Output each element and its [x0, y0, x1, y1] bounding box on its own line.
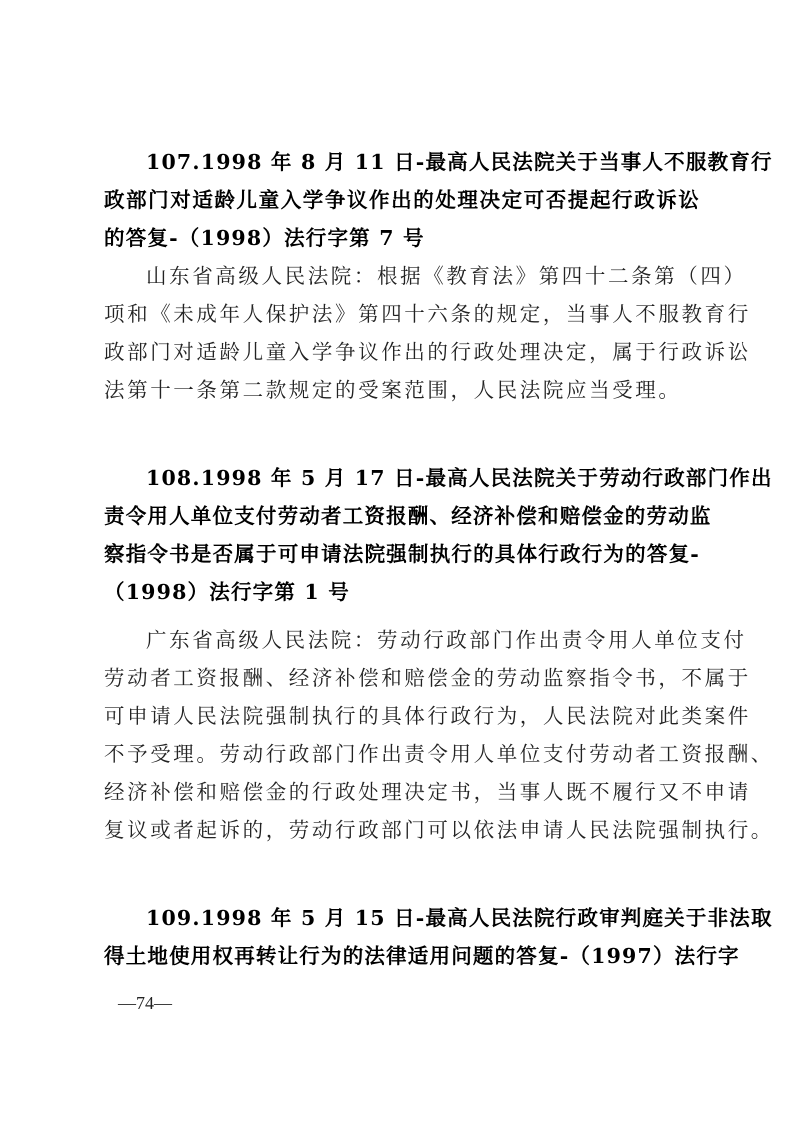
body-paragraph-line: 广东省高级人民法院：劳动行政部门作出责令用人单位支付: [146, 620, 700, 660]
section-title-line: 政部门对适龄儿童入学争议作出的处理决定可否提起行政诉讼: [104, 180, 700, 220]
section-title-line: 109.1998 年 5 月 15 日-最高人民法院行政审判庭关于非法取: [146, 898, 700, 938]
body-paragraph-line: 政部门对适龄儿童入学争议作出的行政处理决定，属于行政诉讼: [104, 332, 700, 372]
body-paragraph-line: 不予受理。劳动行政部门作出责令用人单位支付劳动者工资报酬、: [104, 734, 700, 774]
body-paragraph-line: 复议或者起诉的，劳动行政部门可以依法申请人民法院强制执行。: [104, 810, 700, 850]
body-paragraph-line: 经济补偿和赔偿金的行政处理决定书，当事人既不履行又不申请: [104, 772, 700, 812]
body-paragraph-line: 项和《未成年人保护法》第四十六条的规定，当事人不服教育行: [104, 294, 700, 334]
section-title-line: （1998）法行字第 1 号: [104, 572, 700, 612]
body-paragraph-line: 劳动者工资报酬、经济补偿和赔偿金的劳动监察指令书，不属于: [104, 658, 700, 698]
section-title-line: 108.1998 年 5 月 17 日-最高人民法院关于劳动行政部门作出: [146, 458, 700, 498]
body-paragraph-line: 可申请人民法院强制执行的具体行政行为，人民法院对此类案件: [104, 696, 700, 736]
page-number: —74—: [118, 992, 172, 1014]
body-paragraph-line: 山东省高级人民法院：根据《教育法》第四十二条第（四）: [146, 256, 700, 296]
document-page: 107.1998 年 8 月 11 日-最高人民法院关于当事人不服教育行 政部门…: [0, 0, 793, 1122]
section-title-line: 107.1998 年 8 月 11 日-最高人民法院关于当事人不服教育行: [146, 142, 700, 182]
section-title-line: 察指令书是否属于可申请法院强制执行的具体行政行为的答复-: [104, 534, 700, 574]
section-title-line: 的答复-（1998）法行字第 7 号: [104, 218, 700, 258]
body-paragraph-line: 法第十一条第二款规定的受案范围，人民法院应当受理。: [104, 370, 700, 410]
section-title-line: 责令用人单位支付劳动者工资报酬、经济补偿和赔偿金的劳动监: [104, 496, 700, 536]
section-title-line: 得土地使用权再转让行为的法律适用问题的答复-（1997）法行字: [104, 936, 700, 976]
